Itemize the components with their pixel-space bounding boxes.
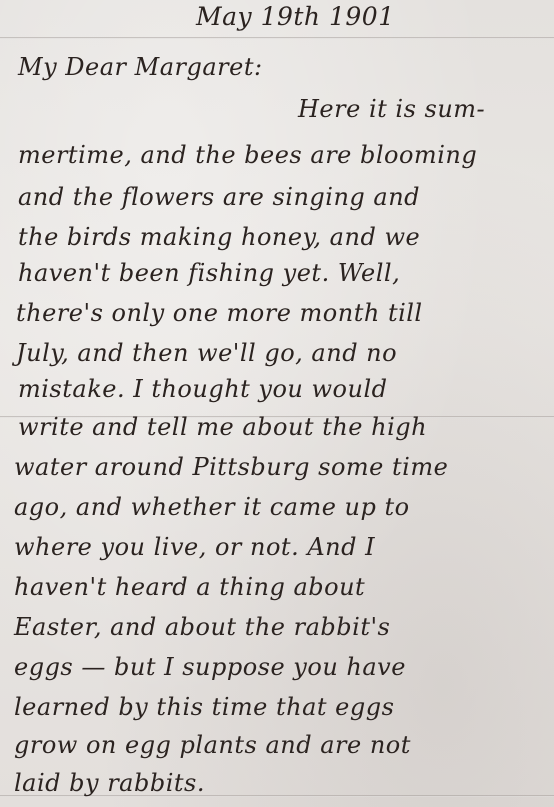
letter-line: mertime, and the bees are blooming: [18, 140, 477, 170]
letter-line: learned by this time that eggs: [14, 692, 394, 722]
letter-line: the birds making honey, and we: [18, 222, 420, 252]
letter-line: where you live, or not. And I: [14, 532, 375, 562]
letter-line: Here it is sum-: [298, 94, 485, 124]
letter-line: mistake. I thought you would: [18, 374, 388, 404]
letter-line: water around Pittsburg some time: [14, 452, 448, 482]
letter-line: and the flowers are singing and: [18, 182, 420, 212]
letter-line: laid by rabbits.: [14, 768, 205, 798]
letter-line: haven't heard a thing about: [14, 572, 365, 602]
letter-date: May 19th 1901: [196, 2, 395, 32]
letter-salutation: My Dear Margaret:: [18, 52, 263, 82]
letter-line: eggs — but I suppose you have: [14, 652, 406, 682]
letter-line: haven't been fishing yet. Well,: [18, 258, 400, 288]
letter-line: Easter, and about the rabbit's: [14, 612, 390, 642]
letter-line: July, and then we'll go, and no: [16, 338, 397, 368]
letter-line: there's only one more month till: [16, 298, 423, 328]
letter-line: write and tell me about the high: [18, 412, 427, 442]
letter-page: May 19th 1901 My Dear Margaret: Here it …: [0, 0, 554, 807]
letter-line: ago, and whether it came up to: [14, 492, 410, 522]
fold-line: [0, 37, 554, 39]
letter-line: grow on egg plants and are not: [14, 730, 411, 760]
